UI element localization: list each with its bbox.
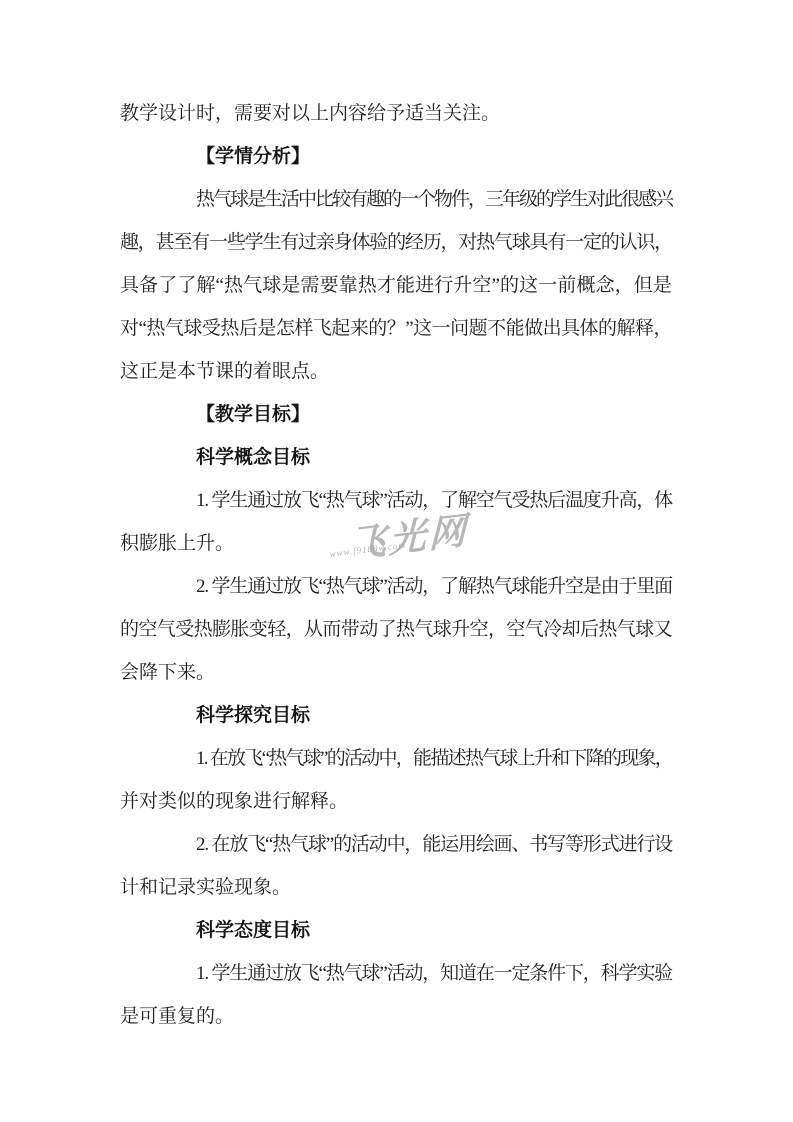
document-body: 教学设计时，需要对以上内容给予适当关注。 【学情分析】 热气球是生活中比较有趣的… [120,92,672,1038]
subsection-heading: 科学探究目标 [120,694,672,737]
paragraph-line: 教学设计时，需要对以上内容给予适当关注。 [120,92,672,135]
paragraph-line: 1. 学生通过放飞“热气球”活动，了解空气受热后温度升高，体 [120,479,672,522]
document-page: 飞光网 www.f9188w.com 教学设计时，需要对以上内容给予适当关注。 … [0,0,793,1122]
paragraph-line: 会降下来。 [120,651,672,694]
paragraph-line: 并对类似的现象进行解释。 [120,780,672,823]
paragraph-line: 1. 学生通过放飞“热气球”活动，知道在一定条件下，科学实验 [120,952,672,995]
section-heading: 【学情分析】 [120,135,672,178]
subsection-heading: 科学概念目标 [120,436,672,479]
section-heading: 【教学目标】 [120,393,672,436]
paragraph-line: 计和记录实验现象。 [120,866,672,909]
paragraph-line: 具备了了解“热气球是需要靠热才能进行升空”的这一前概念，但是 [120,264,672,307]
paragraph-line: 这正是本节课的着眼点。 [120,350,672,393]
subsection-heading: 科学态度目标 [120,909,672,952]
paragraph-line: 1. 在放飞“热气球”的活动中，能描述热气球上升和下降的现象， [120,737,672,780]
paragraph-line: 2. 在放飞“热气球”的活动中，能运用绘画、书写等形式进行设 [120,823,672,866]
paragraph-line: 2. 学生通过放飞“热气球”活动，了解热气球能升空是由于里面 [120,565,672,608]
paragraph-line: 积膨胀上升。 [120,522,672,565]
paragraph-line: 热气球是生活中比较有趣的一个物件，三年级的学生对此很感兴 [120,178,672,221]
paragraph-line: 是可重复的。 [120,995,672,1038]
paragraph-line: 对“热气球受热后是怎样飞起来的？”这一问题不能做出具体的解释， [120,307,672,350]
paragraph-line: 趣，甚至有一些学生有过亲身体验的经历，对热气球具有一定的认识， [120,221,672,264]
paragraph-line: 的空气受热膨胀变轻，从而带动了热气球升空，空气冷却后热气球又 [120,608,672,651]
